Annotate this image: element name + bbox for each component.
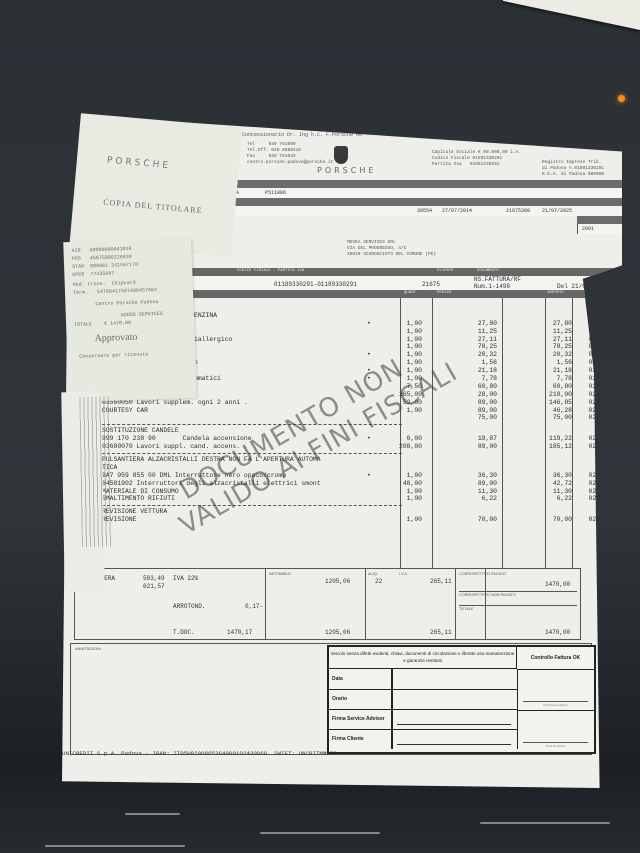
line-amount: 78,25 [553,343,572,351]
background-paper-corner [503,0,640,38]
unpaid-label: CORRISPETTIVO NON PAGATO [459,591,577,597]
line-amount: 119,22 [549,435,572,443]
line-quantity: 48,00 [403,480,422,488]
bullet-icon: • [367,320,371,328]
receipt-header: PORSCHE COPIA DEL TITOLARE [70,113,243,257]
line-quantity: 6,00 [407,435,422,443]
line-amount: 7,78 [557,375,572,383]
line-amount: 27,11 [553,336,572,344]
advisor-signature-row: Firma Service Advisor [329,709,518,730]
total-value: 1470,00 [545,629,570,636]
line-amount: 11,30 [553,488,572,496]
client-signature-row: Firma Cliente [329,729,518,749]
doc-total-label: T.DOC. [173,629,195,636]
line-price: 70,00 [478,516,497,524]
company-contacts: Tel 049 761000Tel.Off. 049 8988216Fax 04… [247,142,333,166]
vehicle-km: 39554 [413,208,432,214]
line-vat-code: 022 [588,488,600,496]
document-number: Num.1-1498 [474,283,510,290]
column-header-bar: QUANT. PREZZO IMPORTO IVA [192,290,637,298]
line-quantity: 1,00 [407,359,422,367]
line-price: 89,00 [478,443,497,451]
vehicle-table: ORCAP511886 3955427/07/20142167530021/07… [222,180,627,234]
doc-total-value: 1470,17 [227,629,252,636]
line-amount: 6,22 [557,495,572,503]
paid-label: CORRISPETTIVO PAGATO [459,572,506,576]
line-amount: 27,80 [553,320,572,328]
line-price: 28,00 [478,391,497,399]
surface-reflection [45,845,185,847]
line-amount: 21,18 [553,367,572,375]
line-amount: 210,00 [549,391,572,399]
vat-rate-label: IVA 22% [173,575,198,582]
document-date: Del 21/07/2025 [557,283,607,290]
company-line: Concessionario Dr. Ing h.c. F.Porsche AG [242,132,362,138]
line-price: 75,00 [478,414,497,422]
line-price: 78,25 [478,343,497,351]
line-vat-code: 022 [588,414,600,422]
line-vat-code: 022 [588,407,600,415]
line-vat-code: 022 [588,336,600,344]
page-number: 1 [624,283,628,290]
line-vat-code: 022 [588,472,600,480]
line-price: 89,00 [478,407,497,415]
porsche-crest-icon [334,146,348,164]
line-amount: 20,32 [553,351,572,359]
line-quantity: 1,00 [407,343,422,351]
paid-value: 1470,00 [545,581,570,588]
vehicle-code: 2091 [578,226,594,232]
line-vat-code: 022 [588,343,600,351]
line-amount: 75,00 [553,414,572,422]
card-payment-receipt: AID A0000000041010 POS 45675000226834 ST… [63,238,197,402]
line-amount: 36,30 [553,472,572,480]
line-price: 19,87 [478,435,497,443]
line-price: 20,32 [478,351,497,359]
receipt-total: TOTALE € 1470,00 [74,320,131,328]
table-row: 03680070 Lavori suppl. cand. accens. .20… [102,443,622,451]
surface-reflection [480,822,610,824]
brand-logo: PORSCHE [317,166,376,175]
line-vat-code: 022 [588,435,600,443]
vehicle-chassis: 21675300 [502,208,530,214]
line-description: MATERIALE DI CONSUMO [102,488,179,496]
line-price: 1,56 [482,359,497,367]
total-label: TOTALE [459,605,577,611]
control-signature-2: Firma di controllo [517,710,594,751]
control-signature-1: Firma Service Advisor [517,669,594,711]
table-row: PULSANTIERA ALZACRISTALLI DESTRA NON FA … [102,456,622,464]
line-amount: 46,28 [553,407,572,415]
client-code: 21675 [422,281,440,288]
line-quantity: 1,00 [407,328,422,336]
bank-details: UNICREDIT S.p.A. Padova - IBAN: IT05W020… [62,750,337,757]
taxable-label: IMPONIBILE [269,572,291,576]
line-price: 27,80 [478,320,497,328]
line-quantity: 1,00 [407,488,422,496]
line-vat-code: 022 [588,516,600,524]
document-header-values: 01189330291-01189330291 21675 NS.FATTURA… [192,276,637,290]
line-amount: 70,00 [553,516,572,524]
line-amount: 1,56 [557,359,572,367]
receipt-brand: PORSCHE [107,156,172,172]
table-row: TICA [102,464,622,472]
invoice-control-label: Controllo Fattura OK [517,647,594,670]
line-quantity: 1,00 [407,495,422,503]
delivery-statement: Veicolo senza difetti evidenti, chiavi, … [329,647,517,669]
vat-label: I.V.A. [399,572,408,576]
line-quantity: 208,00 [399,443,422,451]
vehicle-date-in: 21/07/2025 [538,208,572,214]
line-description: REVISIONE VETTURA [102,508,167,516]
labor-value: 583,49 [143,575,165,582]
line-price: 60,80 [478,383,497,391]
recipient-address: MEVEA SERVICES SRLVIA DEL PROGRESSO, 4/C… [347,240,436,258]
vat-value: 265,11 [430,578,452,585]
line-price: 21,18 [478,367,497,375]
document-type: NS.FATTURA/RF [474,276,521,283]
line-vat-code: 022 [588,320,600,328]
tax-code: 01189330291-01189330291 [274,281,357,288]
line-description: SOSTITUZIONE CANDELE [102,427,179,435]
receipt-copy-label: COPIA DEL TITOLARE [103,197,203,215]
registry-info: Registro Imprese Trib.di Padova n.018913… [542,160,604,178]
indicator-light [618,95,625,102]
line-quantity: 1,00 [407,351,422,359]
line-amount: 146,85 [549,399,572,407]
line-quantity: 1,00 [407,472,422,480]
parts-value: 621,57 [143,583,165,590]
line-vat-code: 022 [588,383,600,391]
bullet-icon: • [367,351,371,359]
line-description: 999 170 238 90 Candela accensione [102,435,252,443]
line-separator [102,505,402,506]
receipt-approved: Approvato [94,332,137,344]
table-row: SMALTIMENTO RIFIUTI1,006,226,22022 [102,495,622,503]
line-vat-code: 022 [588,480,600,488]
line-amount: 185,12 [549,443,572,451]
vehicle-model: P511886 [261,190,286,196]
surface-reflection [125,813,180,815]
line-quantity: 1,00 [407,320,422,328]
line-quantity: 1,00 [407,516,422,524]
date-row: Data [329,669,518,690]
totals-box: MANODOPERA 583,49 RICAMBI 621,57 IVA 22%… [74,568,581,640]
line-price: 89,00 [478,399,497,407]
taxable-total: 1205,06 [325,629,350,636]
rate-label: ALIQ. [368,572,378,576]
rate-value: 22 [375,578,382,585]
surface-reflection [260,832,380,834]
line-amount: 11,25 [553,328,572,336]
taxable-value: 1205,06 [325,578,350,585]
line-price: 11,30 [478,488,497,496]
bullet-icon: • [367,472,371,480]
line-vat-code: 022 [588,359,600,367]
line-vat-code: 022 [588,391,600,399]
line-price: 27,11 [478,336,497,344]
line-amount: 60,80 [553,383,572,391]
rounding-value: 0,17- [245,603,263,610]
line-price: 36,30 [478,472,497,480]
line-price: 7,78 [482,375,497,383]
line-price: 11,25 [478,328,497,336]
line-quantity: 1,00 [407,336,422,344]
line-vat-code: 022 [588,399,600,407]
time-row: Orario [329,689,518,710]
annotations-label: ANNOTAZIONI [75,647,101,651]
line-price: 89,00 [478,480,497,488]
line-vat-code: 022 [588,443,600,451]
line-vat-code: 022 [588,495,600,503]
line-vat-code: 022 [588,351,600,359]
line-amount: 42,72 [553,480,572,488]
line-description: SMALTIMENTO RIFIUTI [102,495,175,503]
vertical-fine-print [61,392,104,593]
line-vat-code: 022 [588,328,600,336]
delivery-signature-box: Veicolo senza difetti evidenti, chiavi, … [327,645,596,754]
document-header-bar: CODICE FISCALE - PARTITA IVA CLIENTE DOC… [192,268,637,276]
line-vat-code: 022 [588,367,600,375]
legal-info: Capitale Sociale € 00.000,00 i.v.Codice … [432,150,521,168]
rounding-label: ARROTOND. [173,603,205,610]
vat-total: 265,11 [430,629,452,636]
line-price: 6,22 [482,495,497,503]
vehicle-registration-date: 27/07/2014 [438,208,472,214]
line-vat-code: 022 [588,375,600,383]
